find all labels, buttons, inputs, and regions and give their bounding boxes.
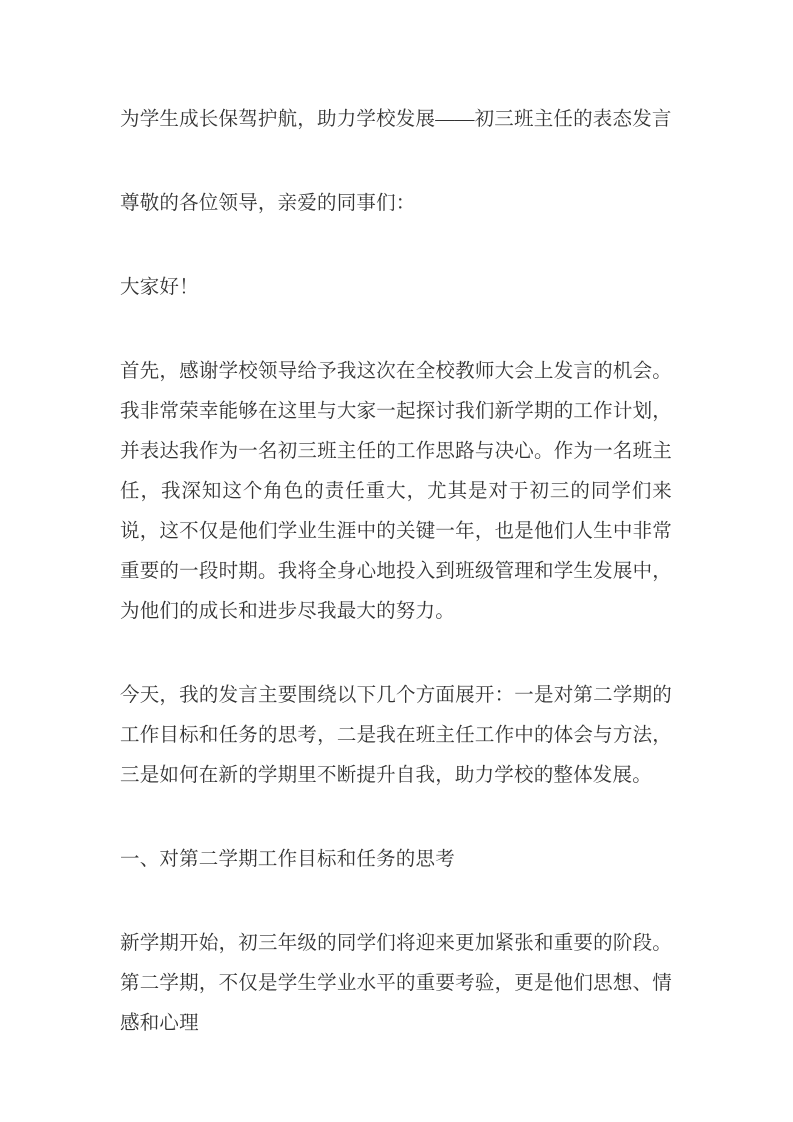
- paragraph-section1-body: 新学期开始，初三年级的同学们将迎来更加紧张和重要的阶段。第二学期，不仅是学生学业…: [120, 924, 672, 1044]
- greeting-line: 大家好！: [120, 268, 672, 308]
- section-heading-1: 一、对第二学期工作目标和任务的思考: [120, 840, 672, 880]
- paragraph-outline: 今天，我的发言主要围绕以下几个方面展开：一是对第二学期的工作目标和任务的思考，二…: [120, 676, 672, 796]
- salutation-line: 尊敬的各位领导，亲爱的同事们：: [120, 184, 672, 224]
- paragraph-intro: 首先，感谢学校领导给予我这次在全校教师大会上发言的机会。我非常荣幸能够在这里与大…: [120, 352, 672, 632]
- document-title: 为学生成长保驾护航，助力学校发展——初三班主任的表态发言: [120, 100, 672, 140]
- document-page: 为学生成长保驾护航，助力学校发展——初三班主任的表态发言 尊敬的各位领导，亲爱的…: [0, 0, 793, 1122]
